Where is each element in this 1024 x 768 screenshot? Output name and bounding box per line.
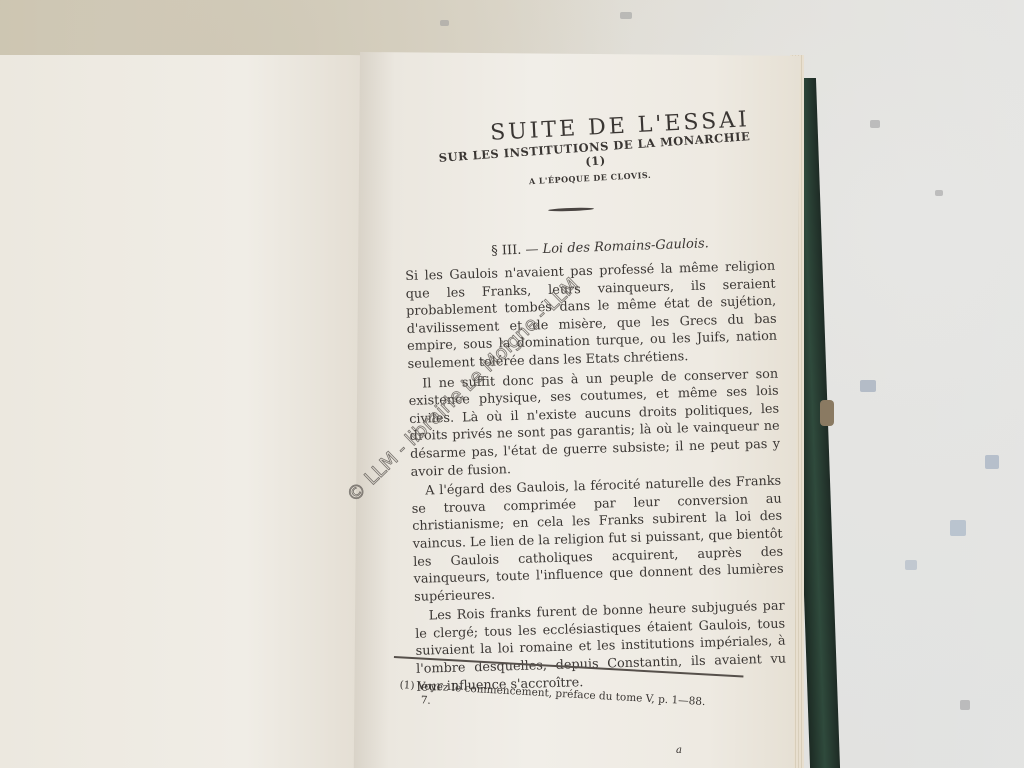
paragraph-1: Si les Gaulois n'avaient pas professé la… bbox=[405, 258, 778, 374]
countertop-speck bbox=[905, 560, 917, 570]
countertop-speck bbox=[870, 120, 880, 128]
countertop-speck bbox=[950, 520, 966, 536]
countertop-speck bbox=[935, 190, 943, 196]
body-text: Si les Gaulois n'avaient pas professé la… bbox=[405, 258, 787, 698]
countertop-speck bbox=[985, 455, 999, 469]
left-page-blank bbox=[0, 55, 410, 768]
cover-wear-spot bbox=[820, 400, 834, 426]
countertop-speck bbox=[620, 12, 632, 19]
countertop-speck bbox=[960, 700, 970, 710]
signature-mark: a bbox=[676, 745, 682, 756]
countertop-speck bbox=[440, 20, 449, 26]
paragraph-3: A l'égard des Gaulois, la férocité natur… bbox=[411, 473, 784, 606]
countertop-speck bbox=[860, 380, 876, 392]
section-number: § III. — bbox=[491, 242, 543, 259]
